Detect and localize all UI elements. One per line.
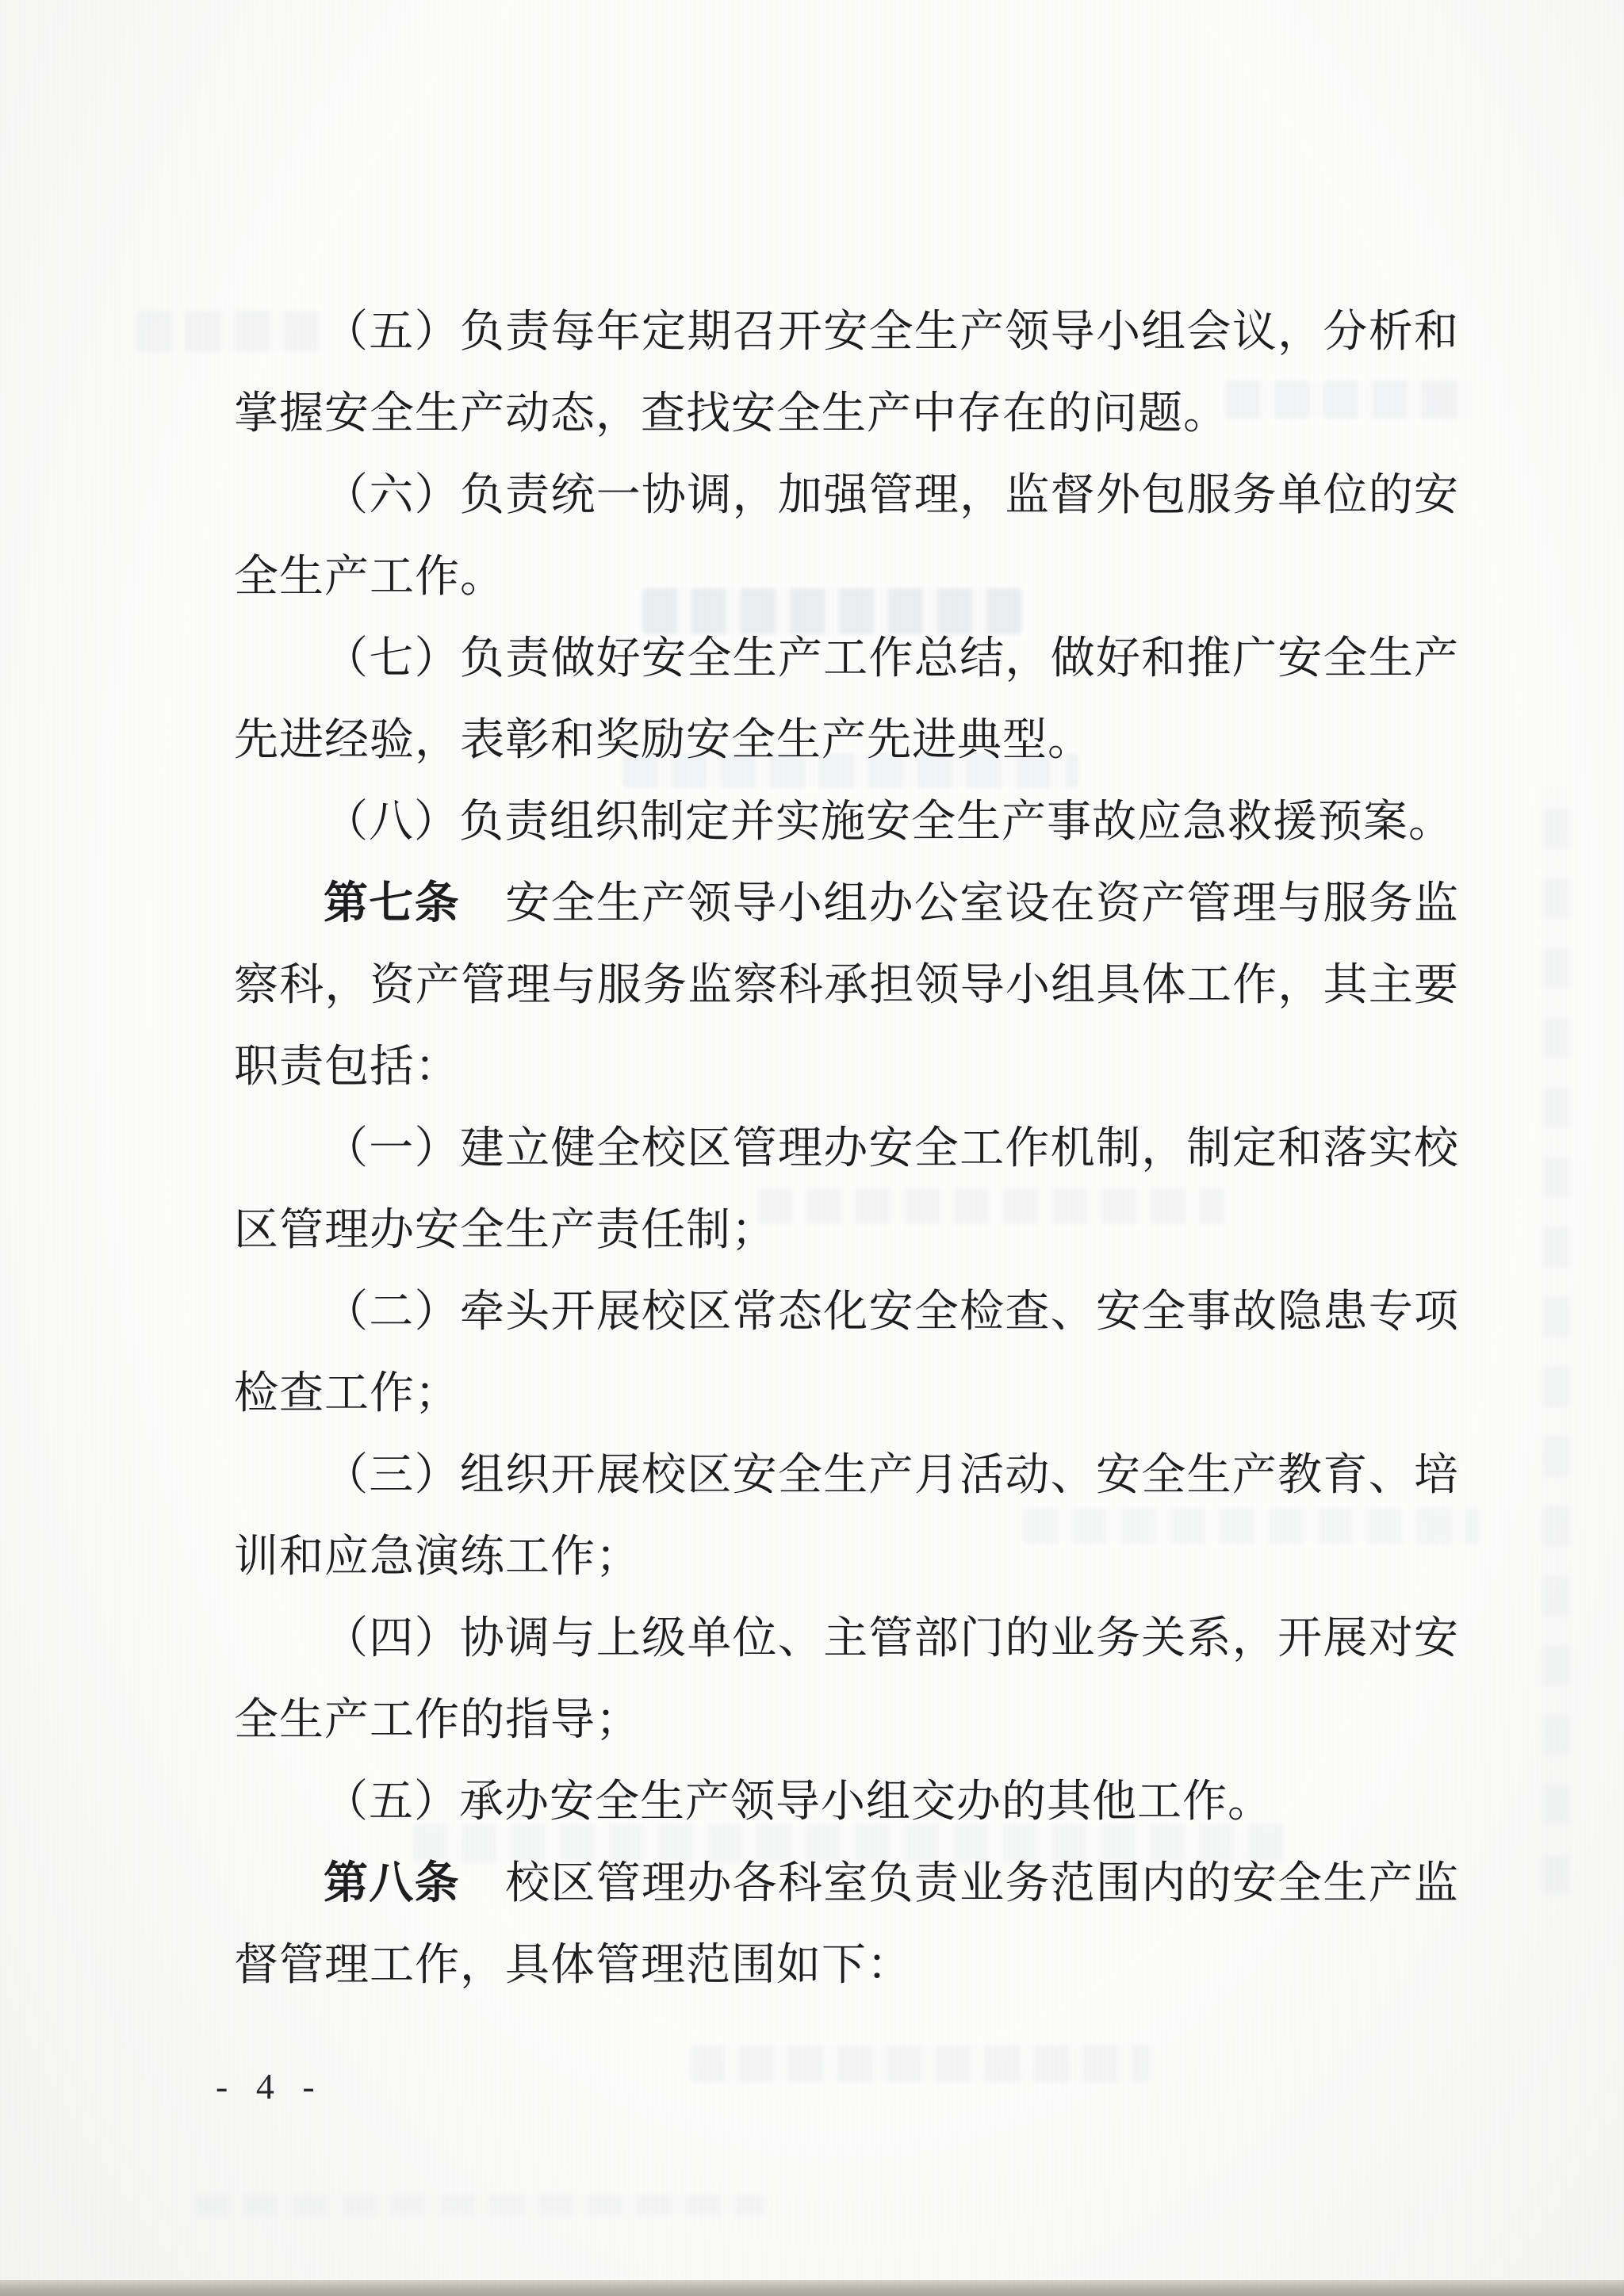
bleed-through-artifact <box>194 2195 765 2215</box>
document-body: （五）负责每年定期召开安全生产领导小组会议，分析和 掌握安全生产动态，查找安全生… <box>234 292 1459 2007</box>
document-line: 察科，资产管理与服务监察科承担领导小组具体工作，其主要 <box>234 945 1459 1027</box>
document-line: （七）负责做好安全生产工作总结，做好和推广安全生产 <box>234 618 1459 700</box>
document-line: （三）组织开展校区安全生产月活动、安全生产教育、培 <box>234 1435 1459 1517</box>
bleed-through-artifact <box>690 2045 1150 2082</box>
document-line: 第八条 校区管理办各科室负责业务范围内的安全生产监 <box>234 1843 1459 1925</box>
article-8-heading: 第八条 <box>324 1859 460 1908</box>
document-line: （二）牵头开展校区常态化安全检查、安全事故隐患专项 <box>234 1272 1459 1353</box>
document-line: 全生产工作的指导； <box>234 1680 1459 1762</box>
document-line: （四）协调与上级单位、主管部门的业务关系，开展对安 <box>234 1598 1459 1680</box>
document-line: 职责包括： <box>234 1027 1459 1108</box>
document-line: （五）承办安全生产领导小组交办的其他工作。 <box>234 1762 1459 1843</box>
document-line: （一）建立健全校区管理办安全工作机制，制定和落实校 <box>234 1108 1459 1190</box>
article-8-text: 校区管理办各科室负责业务范围内的安全生产监 <box>460 1859 1459 1908</box>
document-line: （五）负责每年定期召开安全生产领导小组会议，分析和 <box>234 292 1459 373</box>
document-line: 检查工作； <box>234 1353 1459 1435</box>
document-line: （八）负责组织制定并实施安全生产事故应急救援预案。 <box>234 782 1459 863</box>
article-7-heading: 第七条 <box>324 879 460 928</box>
document-line: 第七条 安全生产领导小组办公室设在资产管理与服务监 <box>234 863 1459 945</box>
page-number: - 4 - <box>216 2063 324 2110</box>
scan-edge-band <box>0 2280 1624 2296</box>
document-line: （六）负责统一协调，加强管理，监督外包服务单位的安 <box>234 455 1459 537</box>
bleed-through-artifact <box>1542 785 1569 1895</box>
document-line: 全生产工作。 <box>234 537 1459 618</box>
scanned-document-page: （五）负责每年定期召开安全生产领导小组会议，分析和 掌握安全生产动态，查找安全生… <box>0 0 1624 2296</box>
document-line: 督管理工作，具体管理范围如下： <box>234 1925 1459 2007</box>
document-line: 掌握安全生产动态，查找安全生产中存在的问题。 <box>234 373 1459 455</box>
document-line: 区管理办安全生产责任制； <box>234 1190 1459 1272</box>
document-line: 训和应急演练工作； <box>234 1517 1459 1598</box>
article-7-text: 安全生产领导小组办公室设在资产管理与服务监 <box>460 879 1459 928</box>
document-line: 先进经验，表彰和奖励安全生产先进典型。 <box>234 700 1459 782</box>
